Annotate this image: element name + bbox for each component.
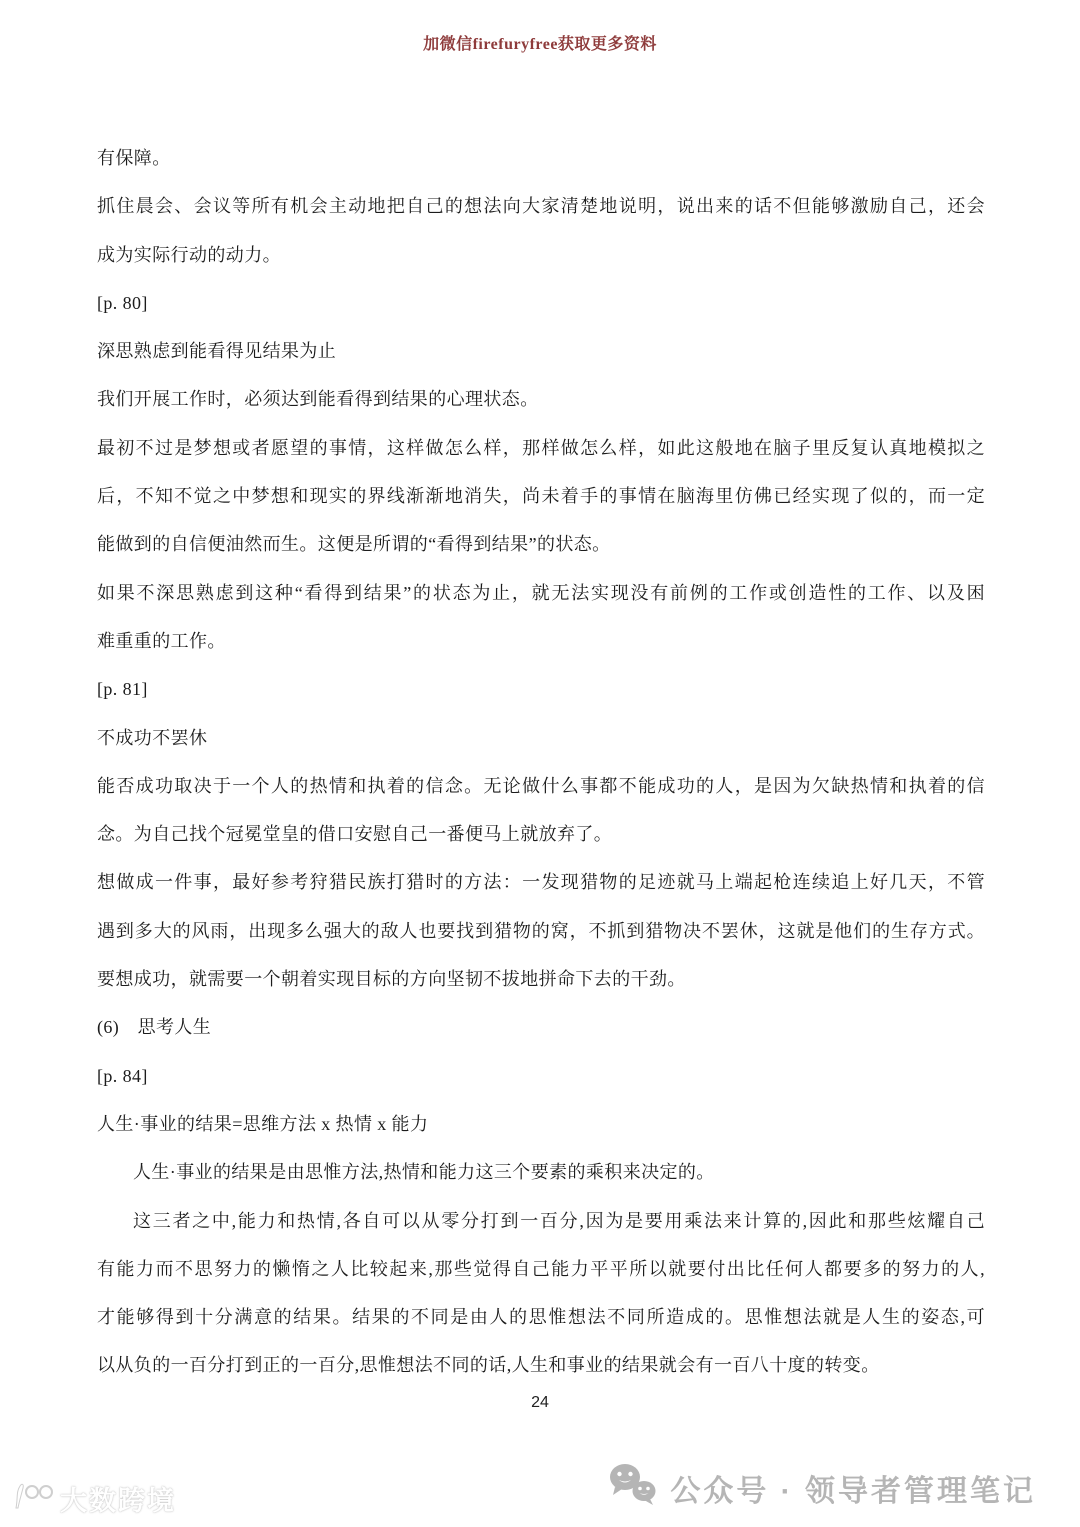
text-line: 人生·事业的结果=思维方法 x 热情 x 能力: [97, 1100, 985, 1148]
document-page: 加微信firefuryfree获取更多资料 有保障。抓住晨会、会议等所有机会主动…: [0, 0, 1080, 1527]
text-line: 成为实际行动的动力。: [97, 231, 985, 279]
text-line: [p. 84]: [97, 1052, 985, 1100]
text-line: [p. 81]: [97, 665, 985, 713]
text-line: 最初不过是梦想或者愿望的事情，这样做怎么样，那样做怎么样，如此这般地在脑子里反复…: [97, 424, 985, 472]
wechat-icon: [606, 1462, 658, 1513]
text-line: 才能够得到十分满意的结果。结果的不同是由人的思惟想法不同所造成的。思惟想法就是人…: [97, 1293, 985, 1341]
text-line: (6) 思考人生: [97, 1003, 985, 1051]
text-line: 有保障。: [97, 134, 985, 182]
page-number: 24: [0, 1390, 1080, 1416]
text-line: 以从负的一百分打到正的一百分,思惟想法不同的话,人生和事业的结果就会有一百八十度…: [97, 1341, 985, 1389]
watermark-right: 公众号 · 领导者管理笔记: [606, 1462, 1036, 1513]
text-line: 遇到多大的风雨，出现多么强大的敌人也要找到猎物的窝，不抓到猎物决不罢休，这就是他…: [97, 907, 985, 955]
watermark-left: 大数跨境: [10, 1478, 176, 1519]
text-line: 难重重的工作。: [97, 617, 985, 665]
dashukuajing-logo-icon: [10, 1478, 54, 1519]
text-line: 抓住晨会、会议等所有机会主动地把自己的想法向大家清楚地说明，说出来的话不但能够激…: [97, 182, 985, 230]
text-line: 深思熟虑到能看得见结果为止: [97, 327, 985, 375]
text-line: 我们开展工作时，必须达到能看得到结果的心理状态。: [97, 375, 985, 423]
document-lines: 有保障。抓住晨会、会议等所有机会主动地把自己的想法向大家清楚地说明，说出来的话不…: [97, 134, 985, 1390]
text-line: 能否成功取决于一个人的热情和执着的信念。无论做什么事都不能成功的人，是因为欠缺热…: [97, 762, 985, 810]
text-line: 能做到的自信便油然而生。这便是所谓的“看得到结果”的状态。: [97, 520, 985, 568]
text-line: 如果不深思熟虑到这种“看得到结果”的状态为止，就无法实现没有前例的工作或创造性的…: [97, 569, 985, 617]
text-line: 要想成功，就需要一个朝着实现目标的方向坚韧不拔地拼命下去的干劲。: [97, 955, 985, 1003]
text-line: 人生·事业的结果是由思惟方法,热情和能力这三个要素的乘积来决定的。: [97, 1148, 985, 1196]
watermark-right-text: 公众号 · 领导者管理笔记: [670, 1466, 1036, 1510]
text-line: 有能力而不思努力的懒惰之人比较起来,那些觉得自己能力平平所以就要付出比任何人都要…: [97, 1245, 985, 1293]
text-line: 这三者之中,能力和热情,各自可以从零分打到一百分,因为是要用乘法来计算的,因此和…: [97, 1197, 985, 1245]
text-line: 念。为自己找个冠冕堂皇的借口安慰自己一番便马上就放弃了。: [97, 810, 985, 858]
text-line: 不成功不罢休: [97, 714, 985, 762]
text-line: 后，不知不觉之中梦想和现实的界线渐渐地消失，尚未着手的事情在脑海里仿佛已经实现了…: [97, 472, 985, 520]
text-line: [p. 80]: [97, 279, 985, 327]
text-line: 想做成一件事，最好参考狩猎民族打猎时的方法：一发现猎物的足迹就马上端起枪连续追上…: [97, 858, 985, 906]
watermark-left-text: 大数跨境: [60, 1479, 176, 1518]
header-note: 加微信firefuryfree获取更多资料: [0, 30, 1080, 60]
